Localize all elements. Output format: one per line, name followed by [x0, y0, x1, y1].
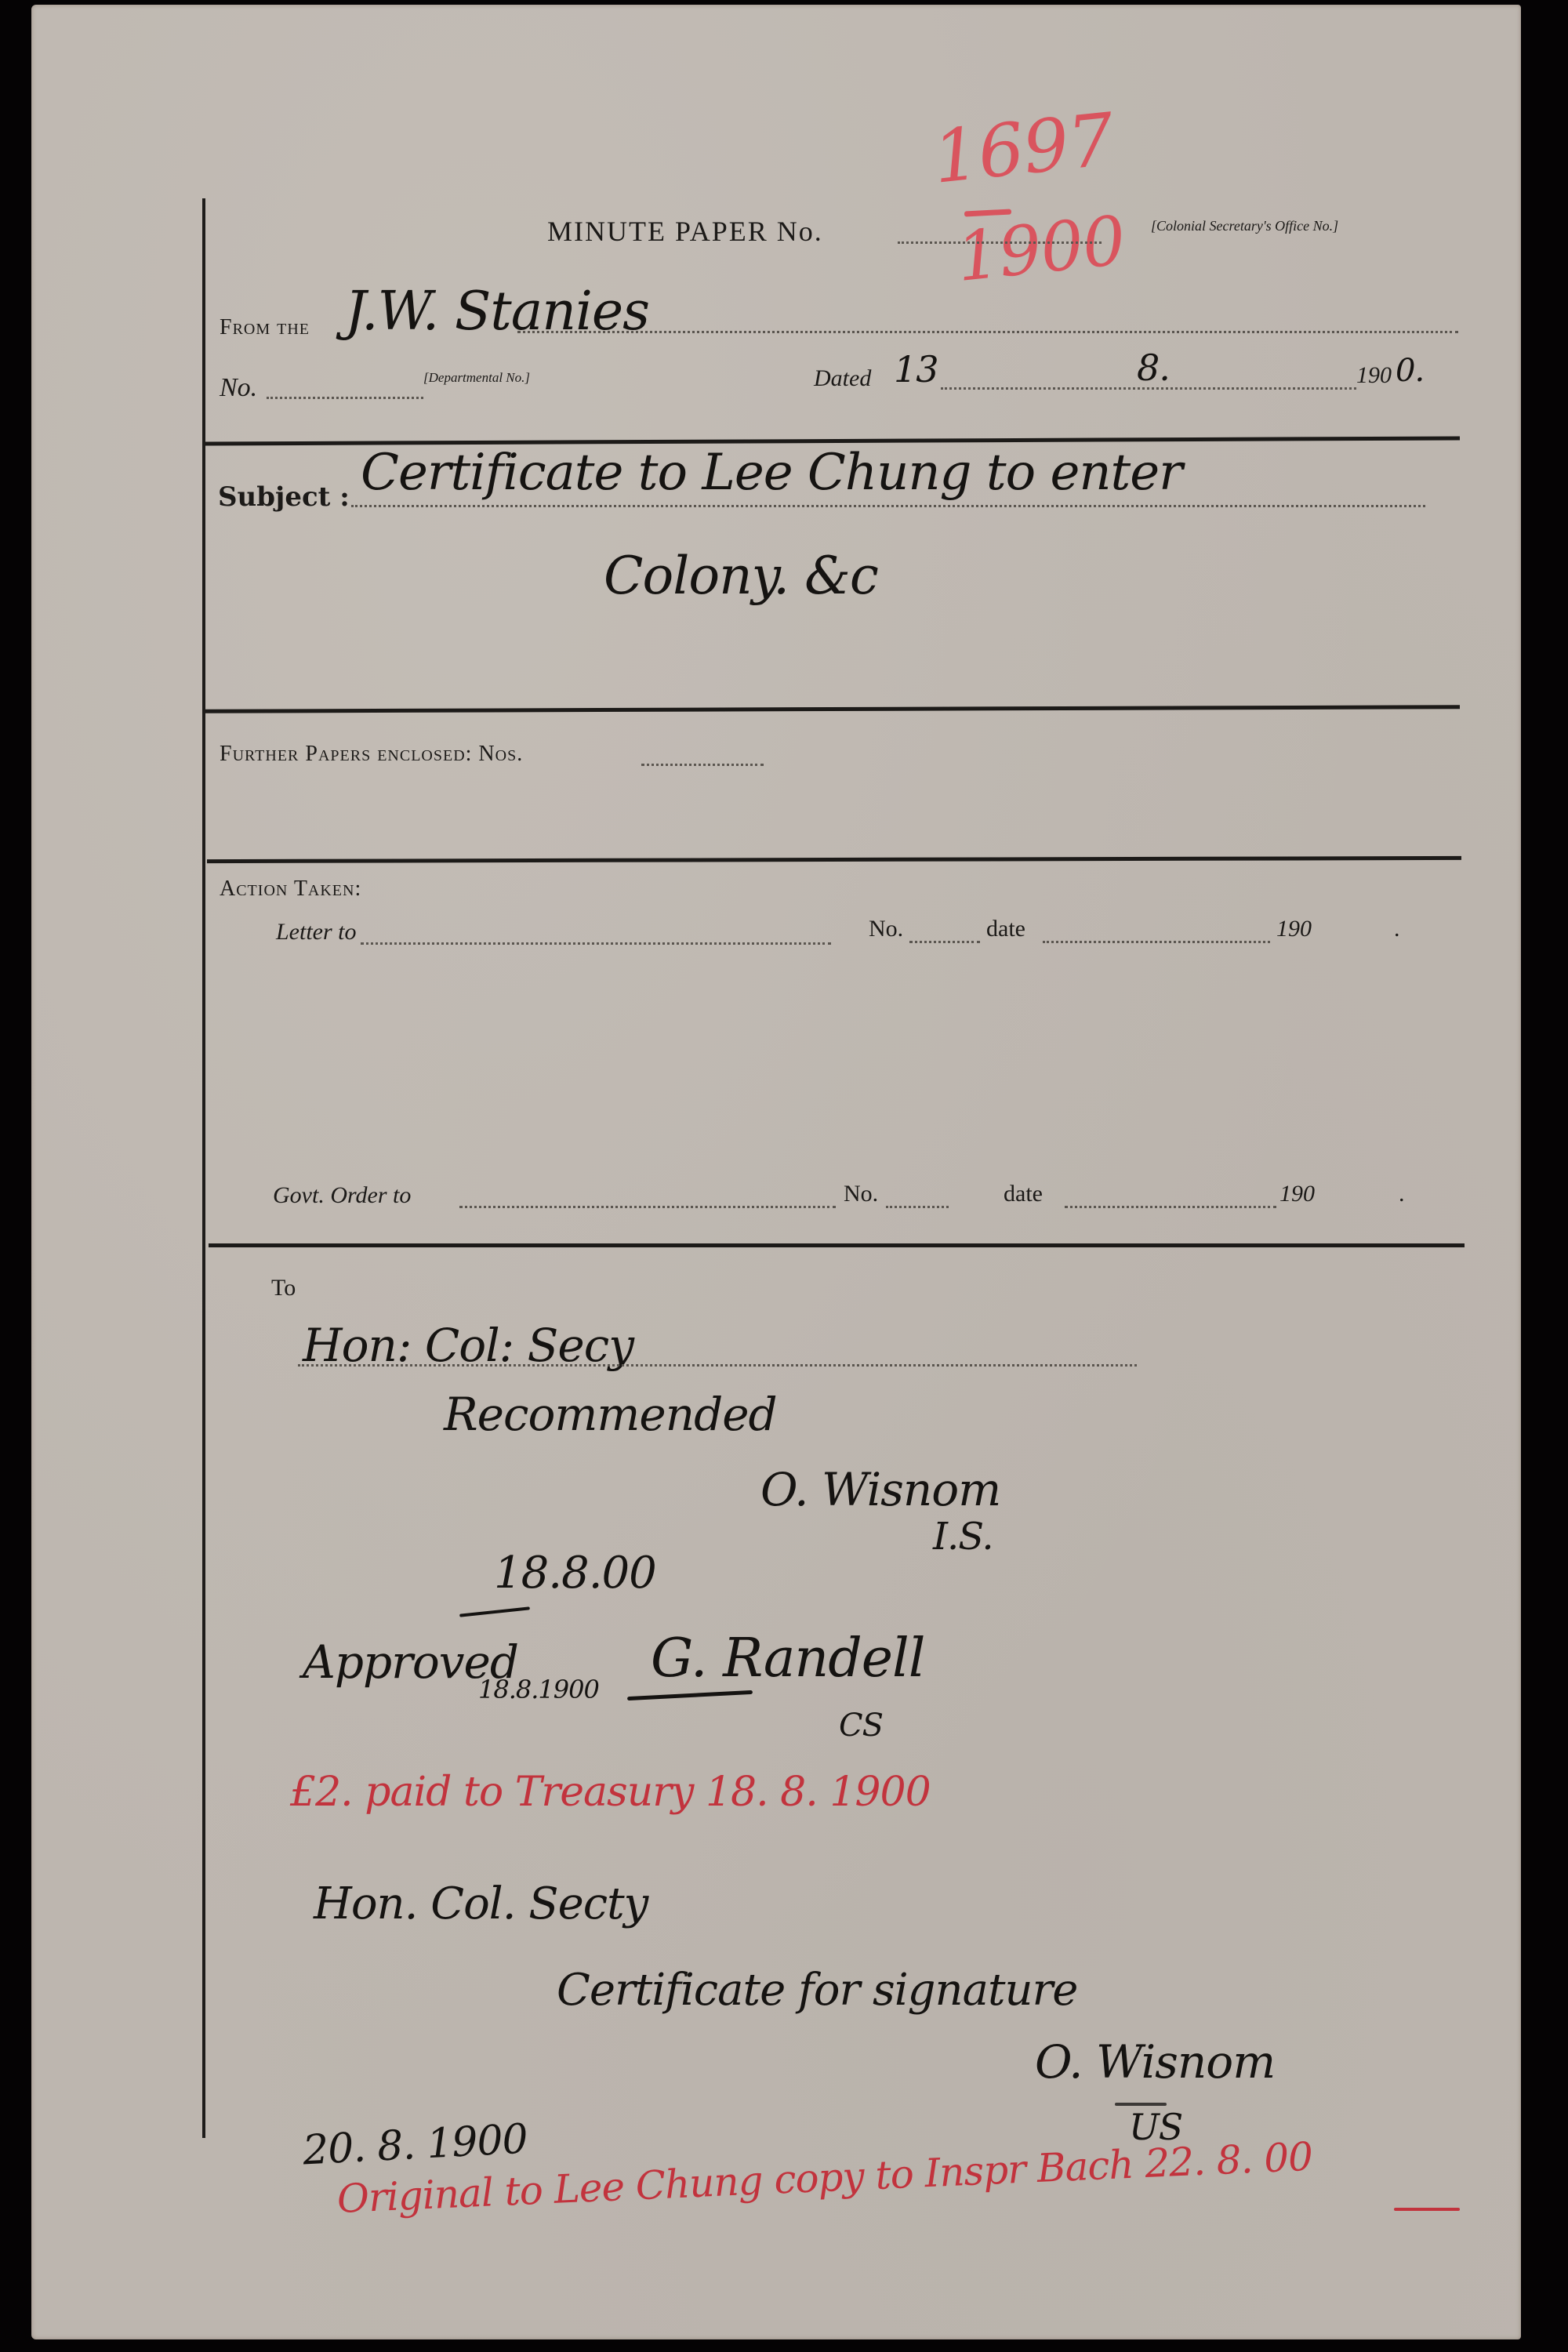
- letter-no-label: No.: [869, 916, 903, 942]
- minute-number-dotted-line: [898, 241, 1102, 244]
- govt-date-dotted-line: [1065, 1206, 1276, 1208]
- red-note-treasury: £2. paid to Treasury 18. 8. 1900: [290, 1769, 931, 1816]
- govt-year: 190: [1279, 1181, 1315, 1207]
- signature-2: O. Wisnom: [1035, 2035, 1275, 2089]
- action-taken-label: Action Taken:: [220, 877, 361, 902]
- from-value: J.W. Stanies: [345, 281, 649, 343]
- left-margin-rule: [202, 198, 205, 2138]
- to-label: To: [271, 1275, 296, 1301]
- dept-no-bracket: [Departmental No.]: [423, 370, 530, 386]
- certificate-note: Certificate for signature: [557, 1965, 1077, 2016]
- letter-to-label: Letter to: [276, 919, 357, 946]
- dept-no-dotted-line: [267, 397, 423, 399]
- divider-further-papers: [207, 856, 1461, 863]
- govt-order-label: Govt. Order to: [273, 1182, 411, 1209]
- letter-date-dotted-line: [1043, 941, 1270, 943]
- from-dotted-line: [517, 331, 1458, 333]
- signature-1-title: I.S.: [933, 1515, 993, 1559]
- letter-no-dotted-line: [909, 941, 980, 943]
- divider-action: [209, 1243, 1465, 1247]
- recommended-text: Recommended: [444, 1388, 777, 1441]
- dated-dotted-line: [941, 387, 1356, 390]
- form-title: MINUTE PAPER No.: [547, 215, 823, 248]
- office-number-bracket: [Colonial Secretary's Office No.]: [1151, 218, 1338, 234]
- minute-year: 1900: [953, 201, 1128, 297]
- approver-signature: G. Randell: [651, 1628, 925, 1690]
- signature-1: O. Wisnom: [760, 1463, 1000, 1516]
- dated-month: 8.: [1137, 347, 1170, 389]
- red-date-underline: [1394, 2208, 1460, 2211]
- minute-number: 1697: [929, 97, 1117, 199]
- divider-subject: [205, 705, 1460, 713]
- subject-line-1: Certificate to Lee Chung to enter: [361, 444, 1182, 502]
- further-papers-label: Further Papers enclosed: Nos.: [220, 742, 523, 767]
- dept-no-label: No.: [220, 373, 257, 403]
- govt-order-dotted-line: [459, 1206, 836, 1208]
- date-1-underline: [459, 1606, 530, 1617]
- subject-label: Subject :: [218, 481, 350, 513]
- date-1: 18.8.00: [494, 1548, 656, 1599]
- letter-year: 190: [1276, 916, 1312, 942]
- addressee-dotted-line: [298, 1364, 1137, 1367]
- minute-paper-sheet: 1697 1900 MINUTE PAPER No. [Colonial Sec…: [31, 5, 1521, 2339]
- govt-no-label: No.: [844, 1181, 878, 1207]
- govt-period: .: [1399, 1181, 1405, 1207]
- approved-date: 18.8.1900: [478, 1675, 599, 1704]
- addressee-2: Hon. Col. Secty: [314, 1878, 648, 1929]
- govt-no-dotted-line: [886, 1206, 949, 1208]
- letter-to-dotted-line: [361, 942, 831, 945]
- from-label: From the: [220, 315, 310, 340]
- letter-period: .: [1394, 916, 1400, 942]
- approver-title: CS: [839, 1708, 883, 1744]
- approver-signature-underline: [627, 1690, 753, 1700]
- dated-label: Dated: [814, 365, 871, 392]
- further-papers-dotted-line: [641, 764, 764, 766]
- govt-date-label: date: [1004, 1181, 1043, 1207]
- letter-date-label: date: [986, 916, 1025, 942]
- date-2: 20. 8. 1900: [302, 2116, 528, 2175]
- subject-dotted-line: [351, 505, 1425, 507]
- subject-line-2: Colony. &c: [604, 546, 878, 606]
- dated-year-suffix: 0.: [1396, 353, 1424, 389]
- dated-day: 13: [894, 348, 938, 390]
- dated-year-prefix: 190: [1356, 362, 1392, 389]
